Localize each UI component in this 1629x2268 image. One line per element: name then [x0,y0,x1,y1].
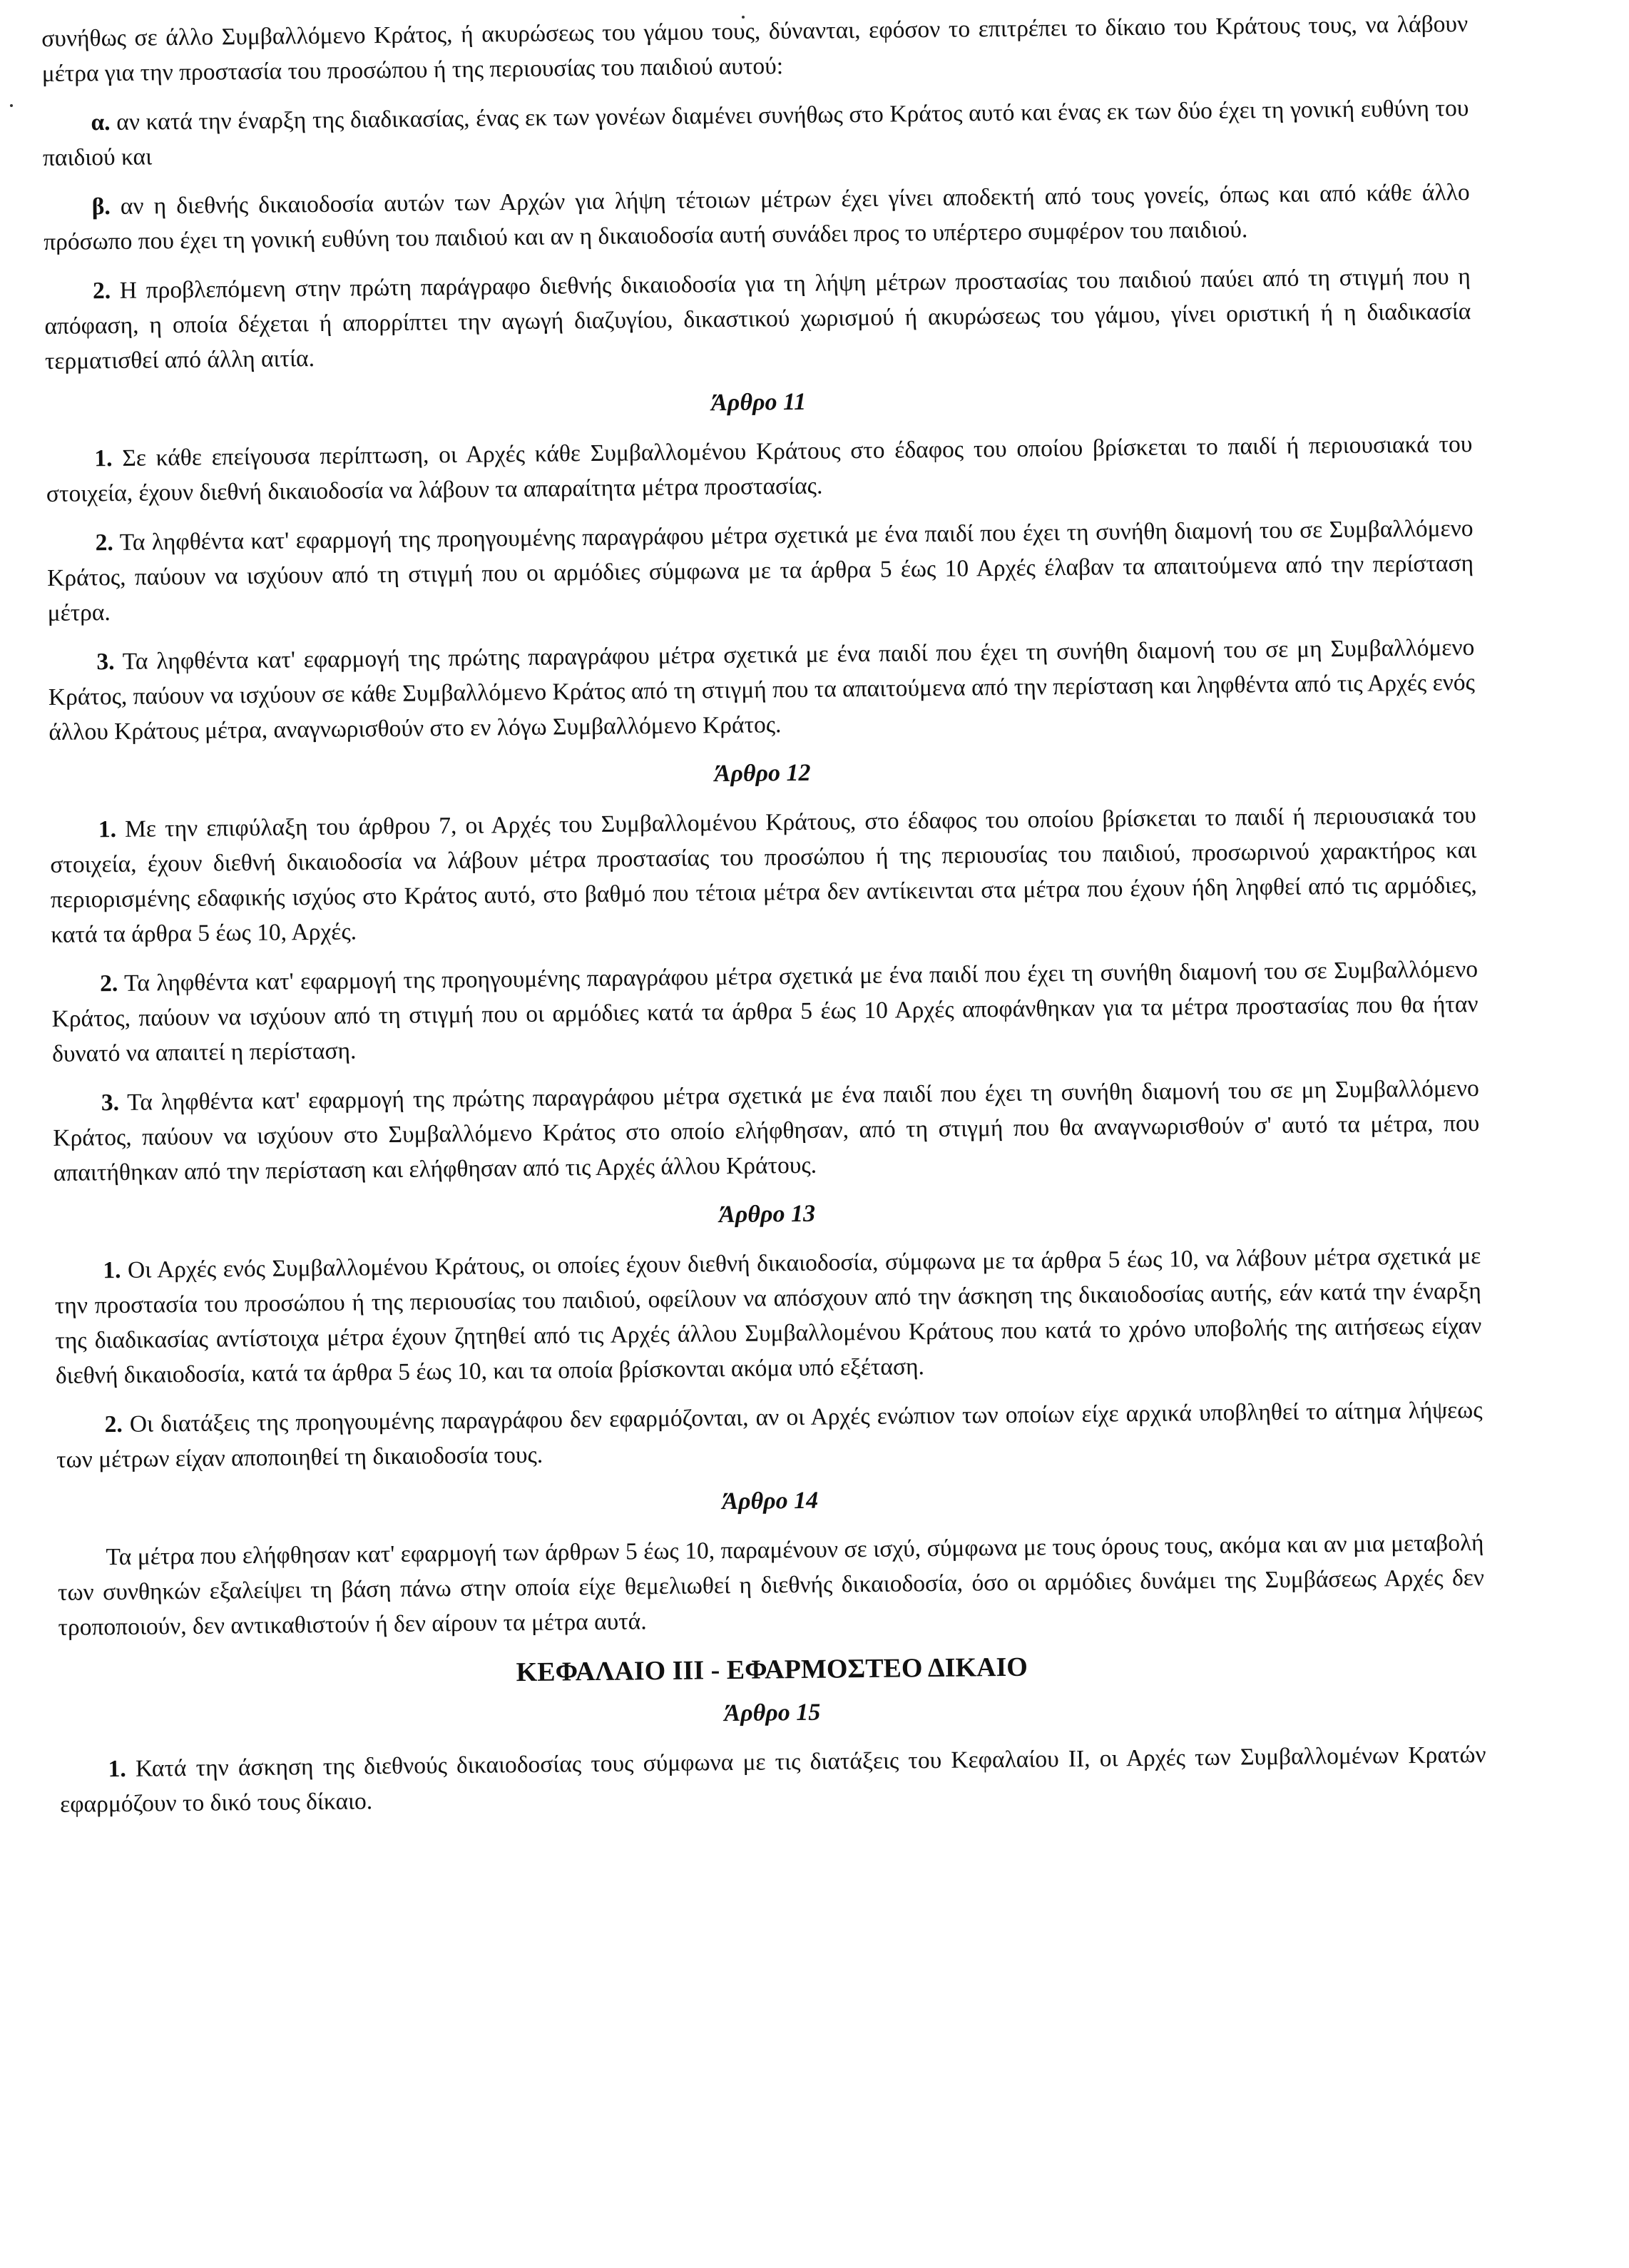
paragraph-text: Οι Αρχές ενός Συμβαλλομένου Κράτους, οι … [55,1243,1482,1389]
paragraph-number: α. [91,109,110,136]
paragraph-text: αν η διεθνής δικαιοδοσία αυτών των Αρχών… [44,179,1470,255]
article-heading: Άρθρο 13 [53,1190,1480,1239]
paragraph-number: 2. [93,278,111,304]
paragraph: 1. Με την επιφύλαξη του άρθρου 7, οι Αρχ… [50,798,1478,952]
paragraph-number: 1. [103,1257,121,1283]
paragraph-number: 2. [100,970,118,997]
paragraph-number: 1. [94,445,113,472]
paragraph-number: 3. [101,1089,120,1116]
paragraph-number: β. [92,193,111,220]
paragraph: 1. Κατά την άσκηση της διεθνούς δικαιοδο… [59,1737,1486,1822]
paragraph-text: αν κατά την έναρξη της διαδικασίας, ένας… [43,95,1469,171]
scan-speck [10,104,13,107]
paragraph: 2. Οι διατάξεις της προηγουμένης παραγρά… [56,1393,1483,1478]
paragraph-number: 1. [108,1756,126,1782]
chapter-heading: ΚΕΦΑΛΑΙΟ ΙΙΙ - ΕΦΑΡΜΟΣΤΕΟ ΔΙΚΑΙΟ [58,1644,1485,1695]
article-heading: Άρθρο 15 [59,1689,1486,1738]
paragraph: Τα μέτρα που ελήφθησαν κατ' εφαρμογή των… [57,1525,1484,1645]
paragraph-number: 1. [98,816,117,843]
paragraph: 1. Οι Αρχές ενός Συμβαλλομένου Κράτους, … [54,1239,1482,1393]
paragraph-text: Τα ληφθέντα κατ' εφαρμογή της πρώτης παρ… [48,634,1475,746]
paragraph-number: 2. [95,529,113,556]
paragraph-text: Τα ληφθέντα κατ' εφαρμογή της πρώτης παρ… [53,1075,1479,1186]
paragraph-number: 2. [104,1411,123,1438]
paragraph: 2. Η προβλεπόμενη στην πρώτη παράγραφο δ… [44,259,1471,379]
paragraph-text: Η προβλεπόμενη στην πρώτη παράγραφο διεθ… [44,263,1471,375]
article-heading: Άρθρο 12 [49,749,1476,798]
paragraph-text: Με την επιφύλαξη του άρθρου 7, οι Αρχές … [50,802,1477,948]
paragraph: 2. Τα ληφθέντα κατ' εφαρμογή της προηγου… [46,511,1474,631]
paragraph: β. αν η διεθνής δικαιοδοσία αυτών των Αρ… [43,175,1470,260]
paragraph-text: Σε κάθε επείγουσα περίπτωση, οι Αρχές κά… [46,431,1473,507]
paragraph: α. αν κατά την έναρξη της διαδικασίας, έ… [42,91,1469,176]
document-page: συνήθως σε άλλο Συμβαλλόμενο Κράτος, ή α… [41,6,1487,1836]
paragraph-text: συνήθως σε άλλο Συμβαλλόμενο Κράτος, ή α… [41,11,1468,87]
paragraph: συνήθως σε άλλο Συμβαλλόμενο Κράτος, ή α… [41,6,1469,91]
paragraph-text: Τα ληφθέντα κατ' εφαρμογή της προηγουμέν… [51,956,1478,1067]
paragraph-text: Τα μέτρα που ελήφθησαν κατ' εφαρμογή των… [58,1530,1484,1641]
paragraph: 1. Σε κάθε επείγουσα περίπτωση, οι Αρχές… [46,427,1473,512]
paragraph-text: Τα ληφθέντα κατ' εφαρμογή της προηγουμέν… [47,515,1474,626]
paragraph: 3. Τα ληφθέντα κατ' εφαρμογή της πρώτης … [48,630,1475,750]
paragraph-number: 3. [96,649,115,675]
paragraph-text: Κατά την άσκηση της διεθνούς δικαιοδοσία… [60,1741,1486,1818]
paragraph: 3. Τα ληφθέντα κατ' εφαρμογή της πρώτης … [53,1071,1480,1191]
paragraph: 2. Τα ληφθέντα κατ' εφαρμογή της προηγου… [51,952,1479,1072]
paragraph-text: Οι διατάξεις της προηγουμένης παραγράφου… [56,1397,1483,1473]
article-heading: Άρθρο 14 [57,1477,1484,1526]
article-heading: Άρθρο 11 [45,378,1471,427]
